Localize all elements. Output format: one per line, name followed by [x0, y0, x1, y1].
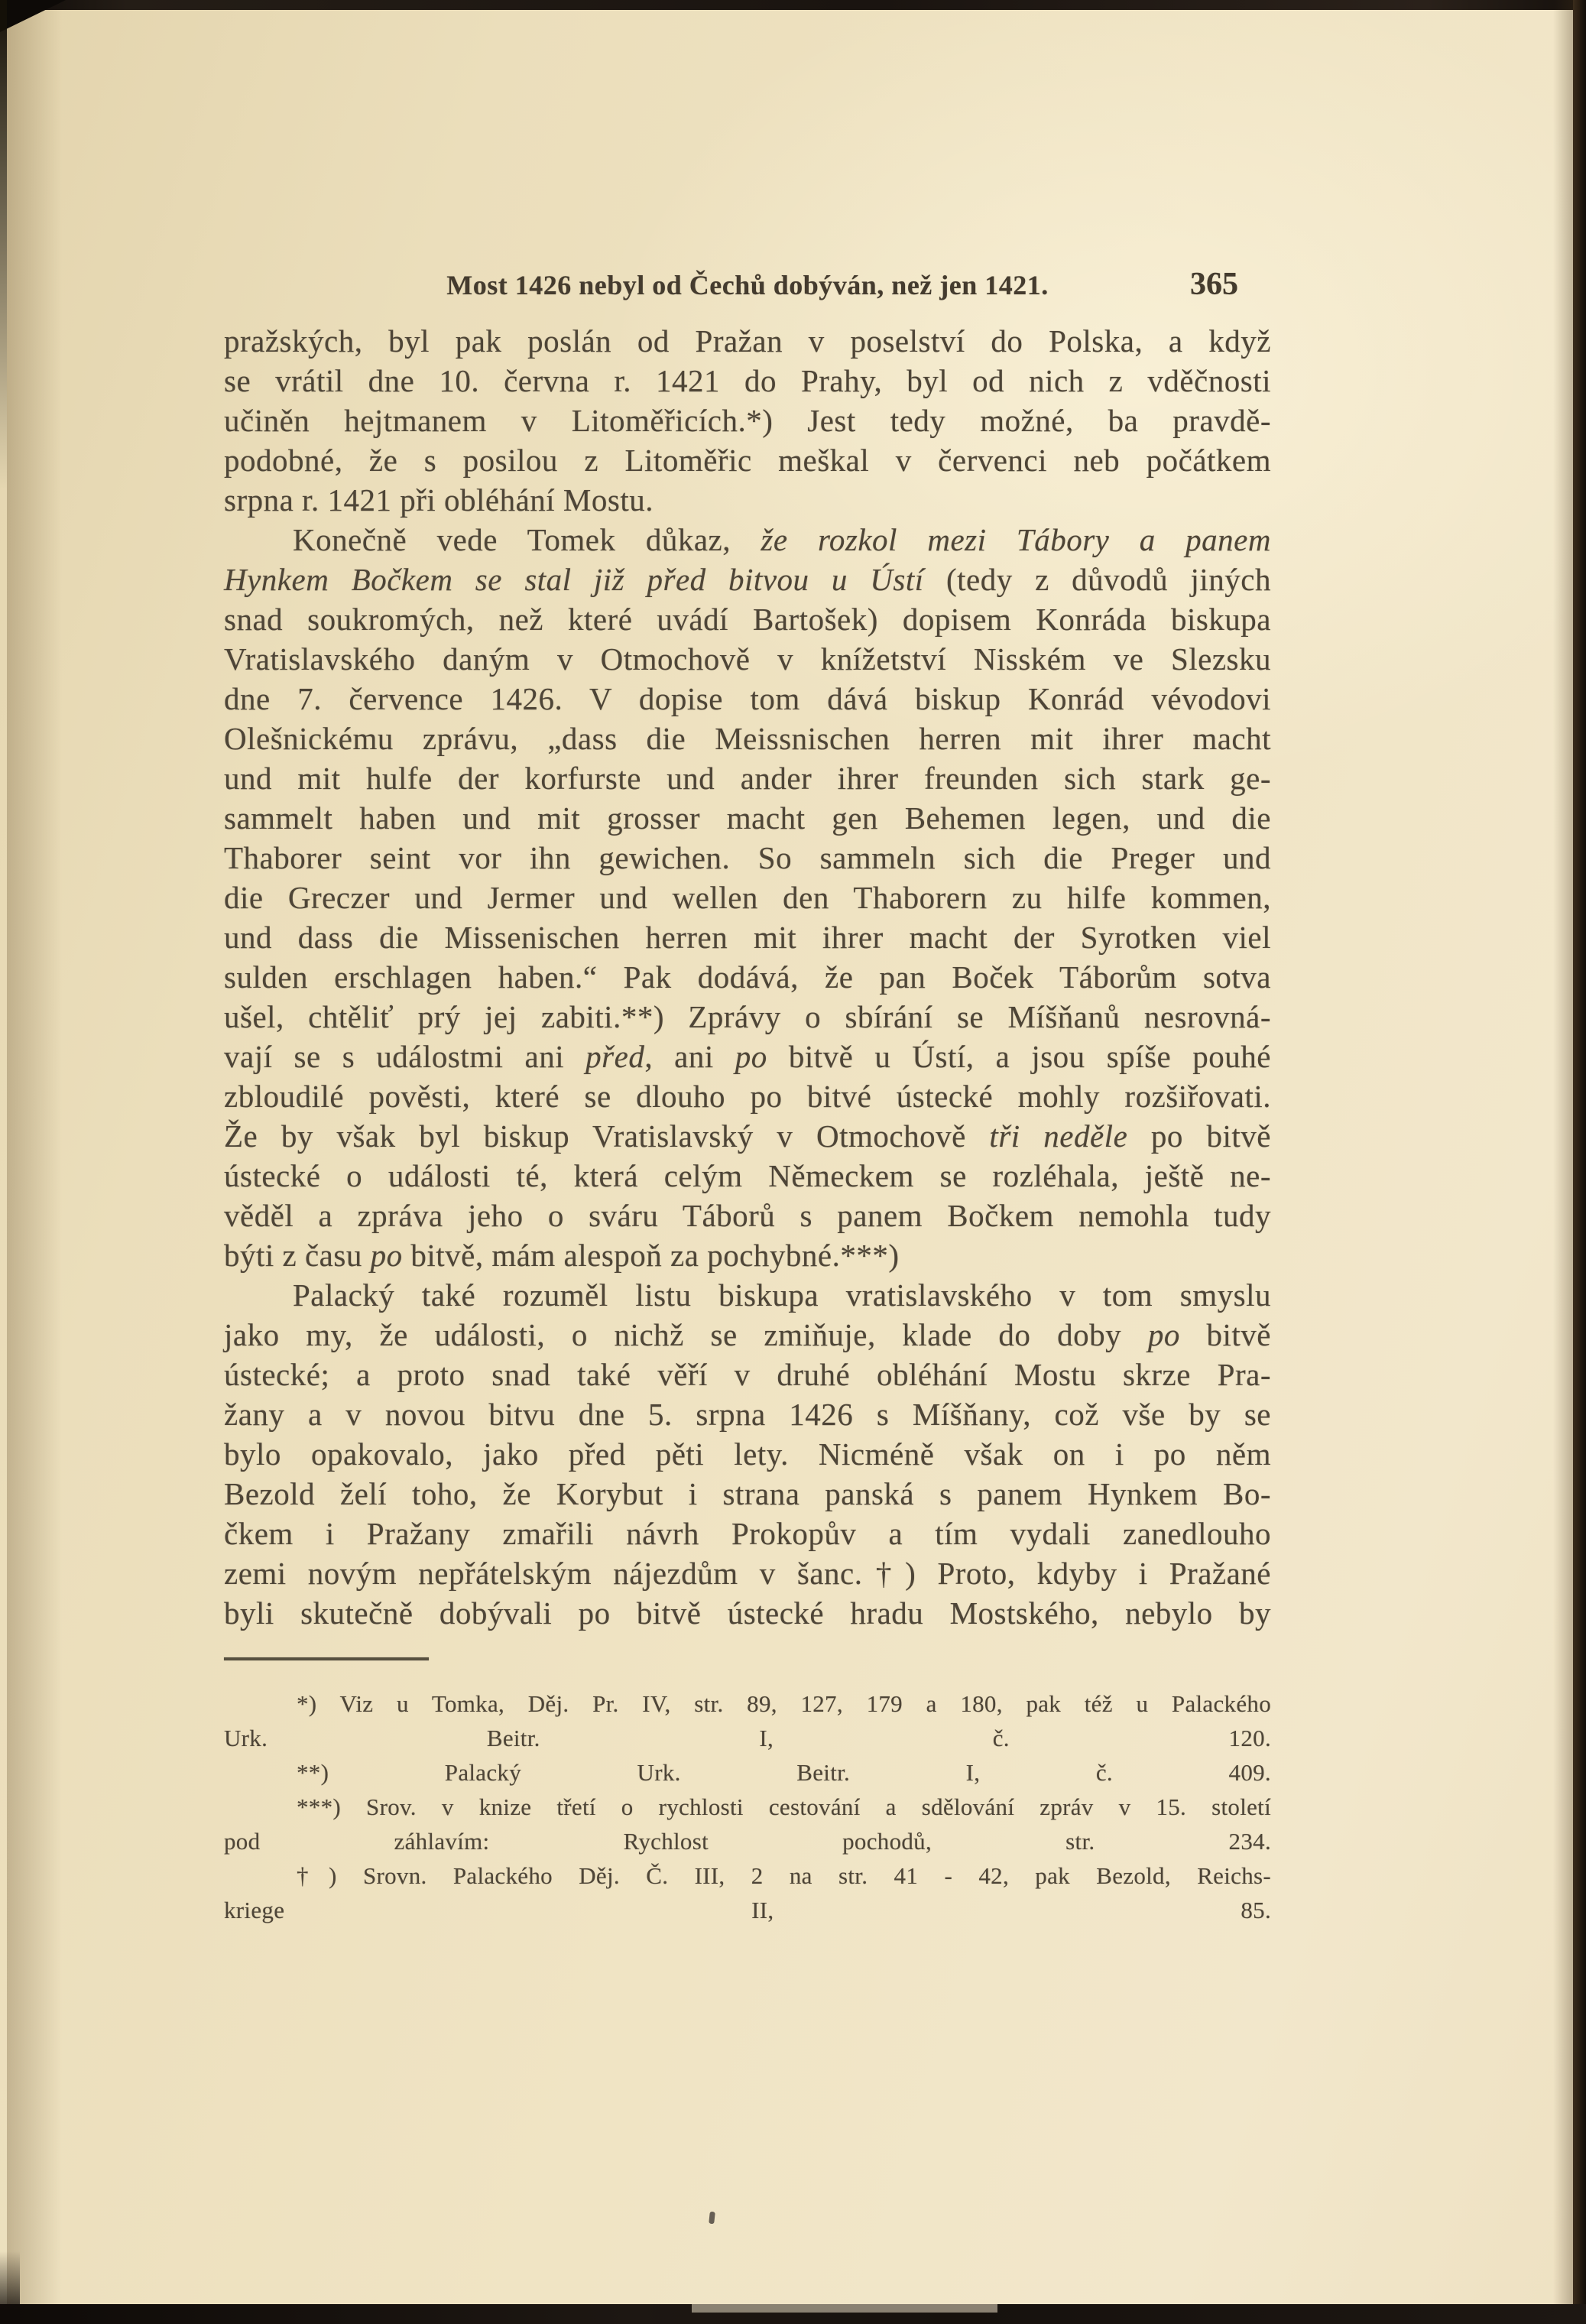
text-segment: *) Viz u Tomka, Děj. Pr. IV, str. 89, 12…: [297, 1690, 1271, 1717]
photo-edge-top: [0, 0, 1586, 10]
italic-text-segment: po: [735, 1039, 767, 1074]
text-line: kriege II, 85.: [224, 1893, 1271, 1927]
text-line: ústecké o události té, která celým Němec…: [224, 1156, 1271, 1196]
text-segment: sulden erschlagen haben.“ Pak dodává, že…: [224, 959, 1271, 995]
text-segment: učiněn hejtmanem v Litoměřicích.*) Jest …: [224, 403, 1271, 438]
text-segment: Olešnickému zprávu, „dass die Meissnisch…: [224, 721, 1271, 756]
italic-text-segment: po: [1148, 1317, 1180, 1352]
italic-text-segment: po: [371, 1238, 403, 1273]
text-line: ústecké; a proto snad také věří v druhé …: [224, 1355, 1271, 1394]
text-segment: byli skutečně dobývali po bitvě ústecké …: [224, 1595, 1271, 1631]
italic-text-segment: tři neděle: [989, 1118, 1127, 1154]
photo-edge-right: [1573, 0, 1586, 2324]
text-line: und dass die Missenischen herren mit ihr…: [224, 917, 1271, 957]
text-segment: ústecké o události té, která celým Němec…: [224, 1158, 1271, 1193]
text-segment: po bitvě: [1127, 1118, 1271, 1154]
text-line: Urk. Beitr. I, č. 120.: [224, 1721, 1271, 1755]
text-segment: die Greczer und Jermer und wellen den Th…: [224, 880, 1271, 915]
text-segment: dne 7. července 1426. V dopise tom dává …: [224, 681, 1271, 716]
text-segment: podobné, že s posilou z Litoměřic meškal…: [224, 443, 1271, 478]
text-segment: srpna r. 1421 při obléhání Mostu.: [224, 482, 654, 518]
text-segment: Urk. Beitr. I, č. 120.: [224, 1725, 1271, 1751]
text-line: snad soukromých, než které uvádí Bartoše…: [224, 599, 1271, 639]
text-segment: bitvě u Ústí, a jsou spíše pouhé: [767, 1039, 1271, 1074]
text-line: Thaborer seint vor ihn gewichen. So samm…: [224, 838, 1271, 878]
text-line: věděl a zpráva jeho o sváru Táborů s pan…: [224, 1196, 1271, 1235]
text-segment: Bezold želí toho, že Korybut i strana pa…: [224, 1476, 1271, 1511]
text-segment: ušel, chtěliť prý jej zabiti.**) Zprávy …: [224, 999, 1271, 1034]
text-segment: jako my, že události, o nichž se zmiňuje…: [224, 1317, 1148, 1352]
italic-text-segment: že rozkol mezi Tábory a panem: [761, 522, 1271, 557]
text-segment: und mit hulfe der korfurste und ander ih…: [224, 761, 1271, 796]
text-line: Hynkem Bočkem se stal již před bitvou u …: [224, 560, 1271, 599]
italic-text-segment: Hynkem Bočkem se stal již před bitvou u …: [224, 562, 946, 597]
gutter-shadow: [7, 0, 62, 2324]
text-line: pod záhlavím: Rychlost pochodů, str. 234…: [224, 1824, 1271, 1858]
text-line: Konečně vede Tomek důkaz, že rozkol mezi…: [224, 520, 1271, 560]
text-segment: čkem i Pražany zmařili návrh Prokopův a …: [224, 1516, 1271, 1551]
text-line: und mit hulfe der korfurste und ander ih…: [224, 758, 1271, 798]
body-text: pražských, byl pak poslán od Pražan v po…: [224, 321, 1271, 1633]
text-segment: Vratislavského daným v Otmochově v kníže…: [224, 641, 1271, 677]
ink-speck: [709, 2212, 715, 2225]
text-line: *) Viz u Tomka, Děj. Pr. IV, str. 89, 12…: [224, 1686, 1271, 1721]
text-segment: bitvě, mám alespoň za pochybné.***): [403, 1238, 900, 1273]
text-segment: ústecké; a proto snad také věří v druhé …: [224, 1357, 1271, 1392]
text-segment: ***) Srov. v knize třetí o rychlosti ces…: [297, 1793, 1271, 1820]
text-line: učiněn hejtmanem v Litoměřicích.*) Jest …: [224, 401, 1271, 440]
photo-edge-bottom-left: [0, 2251, 20, 2324]
text-segment: býti z času: [224, 1238, 371, 1273]
text-line: †) Srovn. Palackého Děj. Č. III, 2 na st…: [224, 1858, 1271, 1893]
text-segment: snad soukromých, než které uvádí Bartoše…: [224, 602, 1271, 637]
book-page-scan: Most 1426 nebyl od Čechů dobýván, než je…: [0, 0, 1586, 2324]
text-line: žany a v novou bitvu dne 5. srpna 1426 s…: [224, 1394, 1271, 1434]
italic-text-segment: před: [585, 1039, 644, 1074]
text-line: se vrátil dne 10. června r. 1421 do Prah…: [224, 361, 1271, 401]
text-segment: Palacký také rozuměl listu biskupa vrati…: [293, 1277, 1271, 1313]
text-line: čkem i Pražany zmařili návrh Prokopův a …: [224, 1514, 1271, 1553]
text-line: zemi novým nepřátelským nájezdům v šanc.…: [224, 1553, 1271, 1593]
text-line: bylo opakovalo, jako před pěti lety. Nic…: [224, 1434, 1271, 1474]
text-line: **) Palacký Urk. Beitr. I, č. 409.: [224, 1755, 1271, 1790]
text-line: byli skutečně dobývali po bitvě ústecké …: [224, 1593, 1271, 1633]
footnotes: *) Viz u Tomka, Děj. Pr. IV, str. 89, 12…: [224, 1686, 1271, 1927]
text-segment: , ani: [644, 1039, 735, 1074]
text-line: srpna r. 1421 při obléhání Mostu.: [224, 480, 1271, 520]
text-segment: Že by však byl biskup Vratislavský v Otm…: [224, 1118, 989, 1154]
text-segment: (tedy z důvodů jiných: [946, 562, 1271, 597]
text-segment: žany a v novou bitvu dne 5. srpna 1426 s…: [224, 1397, 1271, 1432]
text-segment: vají se s událostmi ani: [224, 1039, 585, 1074]
text-line: pražských, byl pak poslán od Pražan v po…: [224, 321, 1271, 361]
text-segment: věděl a zpráva jeho o sváru Táborů s pan…: [224, 1198, 1271, 1233]
text-line: Že by však byl biskup Vratislavský v Otm…: [224, 1116, 1271, 1156]
page-edge-shadow-right: [1553, 0, 1573, 2324]
text-line: Olešnickému zprávu, „dass die Meissnisch…: [224, 719, 1271, 758]
text-segment: zemi novým nepřátelským nájezdům v šanc.…: [224, 1556, 1271, 1591]
text-line: ***) Srov. v knize třetí o rychlosti ces…: [224, 1790, 1271, 1824]
text-line: dne 7. července 1426. V dopise tom dává …: [224, 679, 1271, 719]
photo-edge-bottom-notch: [692, 2304, 997, 2313]
page-number: 365: [1108, 266, 1238, 303]
text-line: zbloudilé pověsti, které se dlouho po bi…: [224, 1076, 1271, 1116]
text-segment: pražských, byl pak poslán od Pražan v po…: [224, 323, 1271, 359]
text-line: býti z času po bitvě, mám alespoň za poc…: [224, 1235, 1271, 1275]
text-segment: bitvě: [1180, 1317, 1271, 1352]
text-segment: und dass die Missenischen herren mit ihr…: [224, 920, 1271, 955]
text-line: Palacký také rozuměl listu biskupa vrati…: [224, 1275, 1271, 1315]
text-segment: pod záhlavím: Rychlost pochodů, str. 234…: [224, 1828, 1271, 1855]
text-segment: kriege II, 85.: [224, 1897, 1271, 1923]
photo-edge-left: [0, 0, 7, 489]
text-segment: **) Palacký Urk. Beitr. I, č. 409.: [297, 1759, 1271, 1786]
text-segment: †) Srovn. Palackého Děj. Č. III, 2 na st…: [297, 1862, 1271, 1889]
text-line: ušel, chtěliť prý jej zabiti.**) Zprávy …: [224, 997, 1271, 1037]
text-line: die Greczer und Jermer und wellen den Th…: [224, 878, 1271, 917]
text-line: vají se s událostmi ani před, ani po bit…: [224, 1037, 1271, 1076]
text-line: sulden erschlagen haben.“ Pak dodává, že…: [224, 957, 1271, 997]
text-line: jako my, že události, o nichž se zmiňuje…: [224, 1315, 1271, 1355]
text-segment: se vrátil dne 10. června r. 1421 do Prah…: [224, 363, 1271, 398]
text-segment: Thaborer seint vor ihn gewichen. So samm…: [224, 840, 1271, 875]
text-segment: sammelt haben und mit grosser macht gen …: [224, 800, 1271, 836]
text-line: podobné, že s posilou z Litoměřic meškal…: [224, 440, 1271, 480]
text-segment: zbloudilé pověsti, které se dlouho po bi…: [224, 1079, 1271, 1114]
footnote-separator: [224, 1657, 429, 1660]
text-line: sammelt haben und mit grosser macht gen …: [224, 798, 1271, 838]
text-line: Bezold želí toho, že Korybut i strana pa…: [224, 1474, 1271, 1514]
text-line: Vratislavského daným v Otmochově v kníže…: [224, 639, 1271, 679]
text-segment: Konečně vede Tomek důkaz,: [293, 522, 761, 557]
text-segment: bylo opakovalo, jako před pěti lety. Nic…: [224, 1436, 1271, 1472]
